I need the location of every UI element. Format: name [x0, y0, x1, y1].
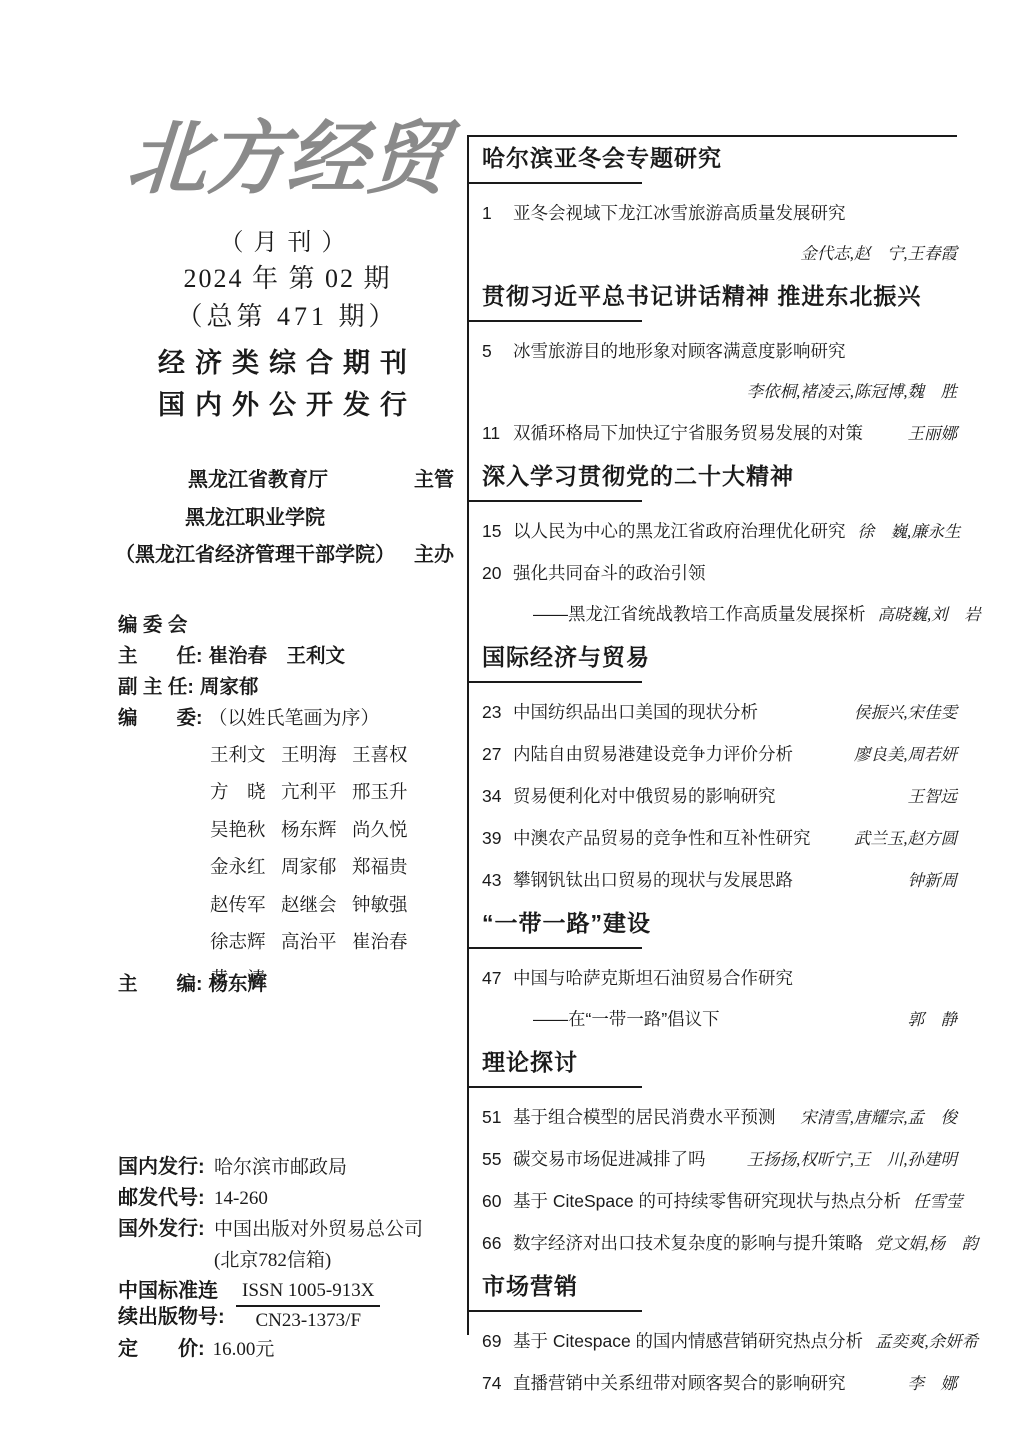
article-title: 攀钢钒钛出口贸易的现状与发展思路	[513, 868, 793, 892]
cumulative-issue-number: （总第 471 期）	[115, 296, 460, 333]
deputy-names: 周家郁	[200, 676, 259, 698]
domestic-label: 国内发行:	[118, 1152, 214, 1183]
toc-section-title: 市场营销	[482, 1272, 957, 1301]
article-title: 内陆自由贸易港建设竞争力评价分析	[513, 742, 793, 766]
toc-section-title: 理论探讨	[482, 1048, 957, 1077]
article-page-number: 43	[482, 868, 513, 892]
section-rule	[469, 947, 642, 949]
host-name-alt: （黑龙江省经济管理干部学院）	[115, 538, 395, 567]
price-row: 定 价: 16.00元	[118, 1334, 423, 1365]
member-name: 崔治春	[352, 925, 423, 962]
article-page-number: 15	[482, 519, 513, 543]
member-name: 高治平	[281, 925, 352, 962]
article-authors: 郭 静	[896, 1008, 958, 1032]
article-authors: 党文娟,杨 韵	[863, 1232, 978, 1256]
director-names: 崔治春 王利文	[209, 645, 346, 667]
member-name: 邢玉升	[352, 775, 423, 812]
toc-section-title: 哈尔滨亚冬会专题研究	[482, 144, 957, 173]
section-rule	[469, 1310, 642, 1312]
members-row: 吴艳秋 杨东辉 尚久悦	[210, 813, 423, 850]
issn-label-line1: 中国标准连	[118, 1278, 236, 1304]
toc-section: 深入学习贯彻党的二十大精神 15 以人民为中心的黑龙江省政府治理优化研究 徐 巍…	[482, 462, 957, 627]
director-label: 主 任:	[118, 645, 203, 667]
article-authors: 宋清雪,唐耀宗,孟 俊	[788, 1106, 957, 1130]
article-page-number: 27	[482, 742, 513, 766]
editorial-board-block: 编 委 会 主 任:崔治春 王利文 副 主 任:周家郁 编 委:（以姓氏笔画为序…	[118, 610, 380, 734]
cn-number: CN23-1373/F	[236, 1307, 380, 1334]
toc-article: 66 数字经济对出口技术复杂度的影响与提升策略 党文娟,杨 韵	[482, 1231, 957, 1256]
chief-editor-label: 主 编:	[118, 973, 203, 995]
toc-article: 43 攀钢钒钛出口贸易的现状与发展思路 钟新周	[482, 868, 957, 893]
member-name: 方 晓	[210, 775, 281, 812]
article-authors: 李依桐,褚凌云,陈冠博,魏 胜	[735, 380, 957, 404]
member-name: 赵继会	[281, 888, 352, 925]
article-title: 基于 Citespace 的国内情感营销研究热点分析	[513, 1329, 863, 1353]
article-title: 强化共同奋斗的政治引领	[513, 561, 706, 585]
issn-label-line2: 续出版物号:	[118, 1304, 236, 1330]
table-of-contents: 哈尔滨亚冬会专题研究 1 亚冬会视域下龙江冰雪旅游高质量发展研究 金代志,赵 宁…	[467, 135, 957, 1335]
host-role: 主办	[414, 538, 454, 567]
chief-editor-name: 杨东辉	[209, 973, 268, 995]
issn-number: ISSN 1005-913X	[236, 1278, 380, 1307]
article-authors: 徐 巍,廉永生	[846, 520, 961, 544]
toc-article: 5 冰雪旅游目的地形象对顾客满意度影响研究	[482, 339, 957, 363]
article-title: 以人民为中心的黑龙江省政府治理优化研究	[513, 519, 846, 543]
toc-section: 哈尔滨亚冬会专题研究 1 亚冬会视域下龙江冰雪旅游高质量发展研究 金代志,赵 宁…	[482, 144, 957, 266]
issn-cn-row: 中国标准连 续出版物号: ISSN 1005-913X CN23-1373/F	[118, 1278, 423, 1334]
toc-article: 34 贸易便利化对中俄贸易的影响研究 王智远	[482, 784, 957, 809]
toc-section-title: 国际经济与贸易	[482, 643, 957, 672]
toc-article-authors-row: 金代志,赵 宁,王春霞	[482, 242, 957, 266]
members-label: 编 委:	[118, 707, 203, 729]
member-name: 郑福贵	[352, 850, 423, 887]
toc-article: 55 碳交易市场促进减排了吗 王扬扬,权昕宁,王 川,孙建明	[482, 1147, 957, 1172]
article-page-number: 60	[482, 1189, 513, 1213]
article-authors: 王扬扬,权昕宁,王 川,孙建明	[735, 1148, 957, 1172]
article-authors: 孟奕爽,余妍希	[863, 1330, 978, 1354]
article-title: 直播营销中关系纽带对顾客契合的影响研究	[513, 1371, 846, 1395]
article-authors: 武兰玉,赵方圆	[842, 827, 957, 851]
article-title: 数字经济对出口技术复杂度的影响与提升策略	[513, 1231, 863, 1255]
price-label: 定 价:	[118, 1334, 205, 1365]
member-name: 金永红	[210, 850, 281, 887]
toc-article: 11 双循环格局下加快辽宁省服务贸易发展的对策 王丽娜	[482, 421, 957, 446]
article-page-number: 1	[482, 201, 513, 225]
journal-circulation-line: 国内外公开发行	[115, 383, 460, 422]
toc-article: 39 中澳农产品贸易的竞争性和互补性研究 武兰玉,赵方圆	[482, 826, 957, 851]
journal-category-line: 经济类综合期刊	[115, 341, 460, 380]
issn-label: 中国标准连 续出版物号:	[118, 1278, 236, 1334]
article-page-number: 5	[482, 339, 513, 363]
domestic-distribution-row: 国内发行: 哈尔滨市邮政局	[118, 1152, 423, 1183]
members-row: 金永红 周家郁 郑福贵	[210, 850, 423, 887]
article-title: 中澳农产品贸易的竞争性和互补性研究	[513, 826, 811, 850]
member-name: 亢利平	[281, 775, 352, 812]
article-title: 中国与哈萨克斯坦石油贸易合作研究	[513, 966, 793, 990]
toc-article: 60 基于 CiteSpace 的可持续零售研究现状与热点分析 任雪莹	[482, 1189, 957, 1214]
article-title: 贸易便利化对中俄贸易的影响研究	[513, 784, 776, 808]
editorial-deputy-row: 副 主 任:周家郁	[118, 672, 380, 703]
journal-logo: 北方经贸	[112, 118, 463, 198]
supervisor-role: 主管	[414, 463, 454, 492]
toc-section-title: 贯彻习近平总书记讲话精神 推进东北振兴	[482, 282, 957, 311]
article-title: 碳交易市场促进减排了吗	[513, 1147, 706, 1171]
article-title: 基于 CiteSpace 的可持续零售研究现状与热点分析	[513, 1189, 901, 1213]
members-row: 徐志辉 高治平 崔治春	[210, 925, 423, 962]
member-name: 王喜权	[352, 738, 423, 775]
article-authors: 李 娜	[896, 1372, 958, 1396]
members-row: 王利文 王明海 王喜权	[210, 738, 423, 775]
article-page-number: 23	[482, 700, 513, 724]
article-title: 中国纺织品出口美国的现状分析	[513, 700, 758, 724]
foreign-po-box: (北京782信箱)	[214, 1245, 331, 1276]
foreign-distribution-row: 国外发行: 中国出版对外贸易总公司	[118, 1214, 423, 1245]
members-row: 方 晓 亢利平 邢玉升	[210, 775, 423, 812]
toc-article: 51 基于组合模型的居民消费水平预测 宋清雪,唐耀宗,孟 俊	[482, 1105, 957, 1130]
section-rule	[469, 1086, 642, 1088]
host-name: 黑龙江职业学院	[185, 501, 325, 530]
domestic-value: 哈尔滨市邮政局	[214, 1152, 347, 1183]
post-code-label: 邮发代号:	[118, 1183, 214, 1214]
toc-section-title: 深入学习贯彻党的二十大精神	[482, 462, 957, 491]
article-page-number: 11	[482, 421, 513, 445]
section-rule	[469, 681, 642, 683]
article-title: 冰雪旅游目的地形象对顾客满意度影响研究	[513, 339, 846, 363]
supervisor-row: 黑龙江省教育厅 主管	[188, 463, 454, 492]
cover-info-column: 北方经贸 （月刊） 2024 年 第 02 期 （总第 471 期） 经济类综合…	[115, 0, 460, 1448]
member-name: 钟敏强	[352, 888, 423, 925]
foreign-value: 中国出版对外贸易总公司	[214, 1214, 423, 1245]
article-authors: 王丽娜	[896, 422, 958, 446]
issue-number: 2024 年 第 02 期	[115, 258, 460, 295]
article-subtitle: ——在“一带一路”倡议下	[513, 1007, 720, 1031]
member-name: 杨东辉	[281, 813, 352, 850]
editorial-members-row: 编 委:（以姓氏笔画为序）	[118, 703, 380, 734]
article-authors: 侯振兴,宋佳雯	[842, 701, 957, 725]
toc-article-authors-row: 李依桐,褚凌云,陈冠博,魏 胜	[482, 380, 957, 404]
section-rule	[469, 182, 642, 184]
host-row: （黑龙江省经济管理干部学院） 主办	[115, 538, 454, 567]
toc-article: 15 以人民为中心的黑龙江省政府治理优化研究 徐 巍,廉永生	[482, 519, 957, 544]
article-page-number: 51	[482, 1105, 513, 1129]
section-rule	[469, 500, 642, 502]
article-title: 基于组合模型的居民消费水平预测	[513, 1105, 776, 1129]
article-authors: 王智远	[896, 785, 958, 809]
toc-article: 27 内陆自由贸易港建设竞争力评价分析 廖良美,周若妍	[482, 742, 957, 767]
article-page-number: 55	[482, 1147, 513, 1171]
toc-article-subtitle-row: ——在“一带一路”倡议下 郭 静	[482, 1007, 957, 1032]
article-page-number: 47	[482, 966, 513, 990]
post-code-value: 14-260	[214, 1183, 268, 1214]
member-name: 赵传军	[210, 888, 281, 925]
price-value: 16.00元	[213, 1334, 275, 1365]
member-name: 徐志辉	[210, 925, 281, 962]
article-authors: 高晓巍,刘 岩	[866, 603, 981, 627]
post-code-row: 邮发代号: 14-260	[118, 1183, 423, 1214]
toc-section-title: “一带一路”建设	[482, 909, 957, 938]
journal-frequency: （月刊）	[115, 222, 460, 257]
member-name: 王利文	[210, 738, 281, 775]
members-note: （以姓氏笔画为序）	[209, 708, 380, 729]
section-rule	[469, 320, 642, 322]
toc-article: 69 基于 Citespace 的国内情感营销研究热点分析 孟奕爽,余妍希	[482, 1329, 957, 1354]
member-name: 尚久悦	[352, 813, 423, 850]
article-page-number: 20	[482, 561, 513, 585]
toc-article: 20 强化共同奋斗的政治引领	[482, 561, 957, 585]
member-name: 周家郁	[281, 850, 352, 887]
article-page-number: 69	[482, 1329, 513, 1353]
chief-editor-row: 主 编:杨东辉	[118, 968, 267, 996]
editorial-board-title: 编 委 会	[118, 610, 380, 641]
deputy-label: 副 主 任:	[118, 676, 194, 698]
article-page-number: 66	[482, 1231, 513, 1255]
article-subtitle: ——黑龙江省统战教培工作高质量发展探析	[513, 602, 866, 626]
article-authors: 金代志,赵 宁,王春霞	[788, 242, 957, 266]
toc-section: 贯彻习近平总书记讲话精神 推进东北振兴 5 冰雪旅游目的地形象对顾客满意度影响研…	[482, 282, 957, 446]
toc-article: 1 亚冬会视域下龙江冰雪旅游高质量发展研究	[482, 201, 957, 225]
supervisor-name: 黑龙江省教育厅	[188, 463, 328, 492]
toc-section: 市场营销 69 基于 Citespace 的国内情感营销研究热点分析 孟奕爽,余…	[482, 1272, 957, 1396]
article-authors: 钟新周	[896, 869, 958, 893]
article-authors: 任雪莹	[901, 1190, 963, 1214]
distribution-block: 国内发行: 哈尔滨市邮政局 邮发代号: 14-260 国外发行: 中国出版对外贸…	[118, 1152, 423, 1365]
toc-section: 理论探讨 51 基于组合模型的居民消费水平预测 宋清雪,唐耀宗,孟 俊 55 碳…	[482, 1048, 957, 1256]
toc-article: 47 中国与哈萨克斯坦石油贸易合作研究	[482, 966, 957, 990]
member-name: 吴艳秋	[210, 813, 281, 850]
article-title: 亚冬会视域下龙江冰雪旅游高质量发展研究	[513, 201, 846, 225]
article-page-number: 74	[482, 1371, 513, 1395]
foreign-label: 国外发行:	[118, 1214, 214, 1245]
article-authors: 廖良美,周若妍	[842, 743, 957, 767]
toc-article: 23 中国纺织品出口美国的现状分析 侯振兴,宋佳雯	[482, 700, 957, 725]
toc-article: 74 直播营销中关系纽带对顾客契合的影响研究 李 娜	[482, 1371, 957, 1396]
issn-cn-values: ISSN 1005-913X CN23-1373/F	[236, 1278, 380, 1334]
foreign-po-box-row: (北京782信箱)	[118, 1245, 423, 1276]
toc-section: “一带一路”建设 47 中国与哈萨克斯坦石油贸易合作研究 ——在“一带一路”倡议…	[482, 909, 957, 1032]
toc-article-subtitle-row: ——黑龙江省统战教培工作高质量发展探析 高晓巍,刘 岩	[482, 602, 957, 627]
toc-section: 国际经济与贸易 23 中国纺织品出口美国的现状分析 侯振兴,宋佳雯 27 内陆自…	[482, 643, 957, 893]
members-row: 赵传军 赵继会 钟敏强	[210, 888, 423, 925]
article-title: 双循环格局下加快辽宁省服务贸易发展的对策	[513, 421, 863, 445]
article-page-number: 34	[482, 784, 513, 808]
article-page-number: 39	[482, 826, 513, 850]
member-name: 王明海	[281, 738, 352, 775]
editorial-director-row: 主 任:崔治春 王利文	[118, 641, 380, 672]
editorial-members-grid: 王利文 王明海 王喜权 方 晓 亢利平 邢玉升 吴艳秋 杨东辉 尚久悦 金永红 …	[210, 738, 423, 1000]
